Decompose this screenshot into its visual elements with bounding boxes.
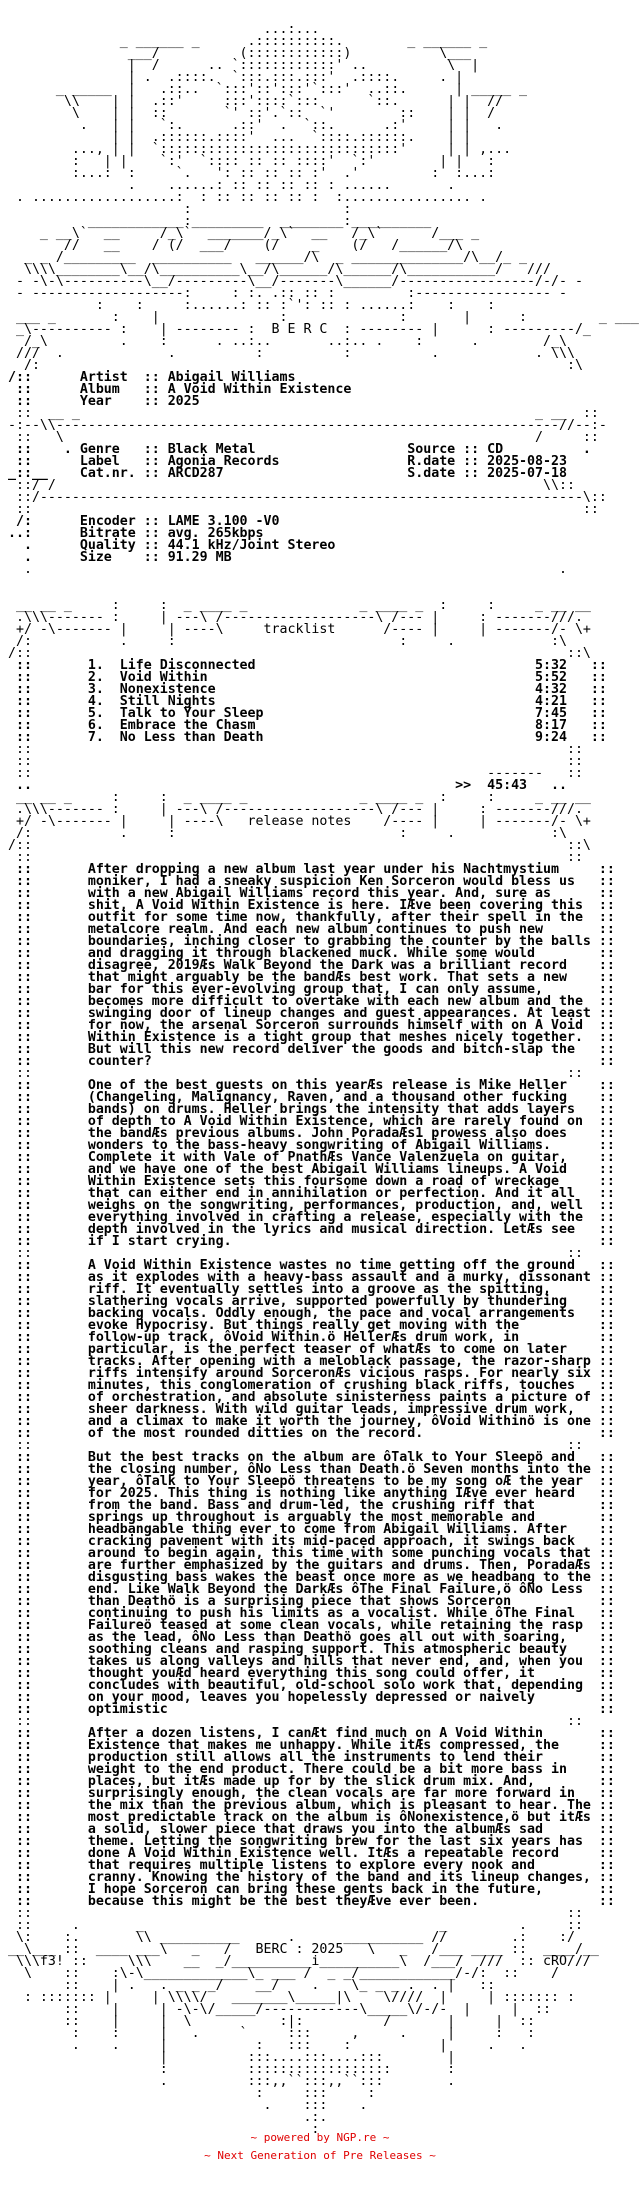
art-line — [0, 0, 640, 12]
art-line — [0, 576, 640, 588]
powered-by-text: ~ powered by NGP.re ~ — [0, 2130, 640, 2145]
tagline-text: ~ Next Generation of Pre Releases ~ — [0, 2148, 640, 2163]
art-line: . . — [0, 564, 640, 576]
nfo-document: ...:... _ ______ _ .::::::::::. _ ______… — [0, 0, 640, 2136]
